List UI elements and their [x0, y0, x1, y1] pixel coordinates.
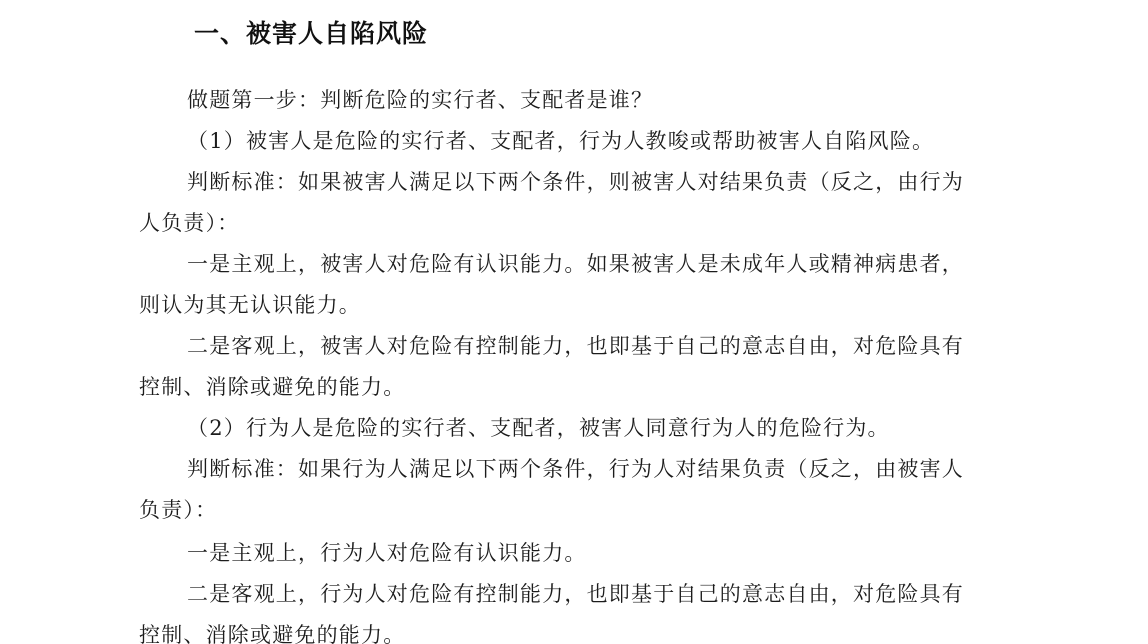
criteria-two-line-1: 判断标准：如果行为人满足以下两个条件，行为人对结果负责（反之，由被害人 — [187, 453, 964, 483]
case-two-title: （2）行为人是危险的实行者、支配者，被害人同意行为人的危险行为。 — [187, 412, 890, 442]
section-heading: 一、被害人自陷风险 — [194, 14, 428, 50]
objective-one-line-2: 控制、消除或避免的能力。 — [139, 371, 405, 401]
criteria-one-line-1: 判断标准：如果被害人满足以下两个条件，则被害人对结果负责（反之，由行为 — [187, 166, 964, 196]
step-one-line: 做题第一步：判断危险的实行者、支配者是谁？ — [187, 84, 653, 114]
criteria-one-line-2: 人负责）： — [139, 207, 240, 237]
objective-two-line-1: 二是客观上，行为人对危险有控制能力，也即基于自己的意志自由，对危险具有 — [187, 578, 964, 608]
subjective-one-line-1: 一是主观上，被害人对危险有认识能力。如果被害人是未成年人或精神病患者， — [187, 248, 964, 278]
case-one-title: （1）被害人是危险的实行者、支配者，行为人教唆或帮助被害人自陷风险。 — [187, 125, 934, 155]
criteria-two-line-2: 负责）： — [139, 494, 217, 524]
objective-one-line-1: 二是客观上，被害人对危险有控制能力，也即基于自己的意志自由，对危险具有 — [187, 330, 964, 360]
subjective-one-line-2: 则认为其无认识能力。 — [139, 289, 361, 319]
subjective-two-line: 一是主观上，行为人对危险有认识能力。 — [187, 537, 587, 567]
objective-two-line-2: 控制、消除或避免的能力。 — [139, 619, 405, 644]
document-page: 一、被害人自陷风险 做题第一步：判断危险的实行者、支配者是谁？ （1）被害人是危… — [0, 0, 1148, 644]
